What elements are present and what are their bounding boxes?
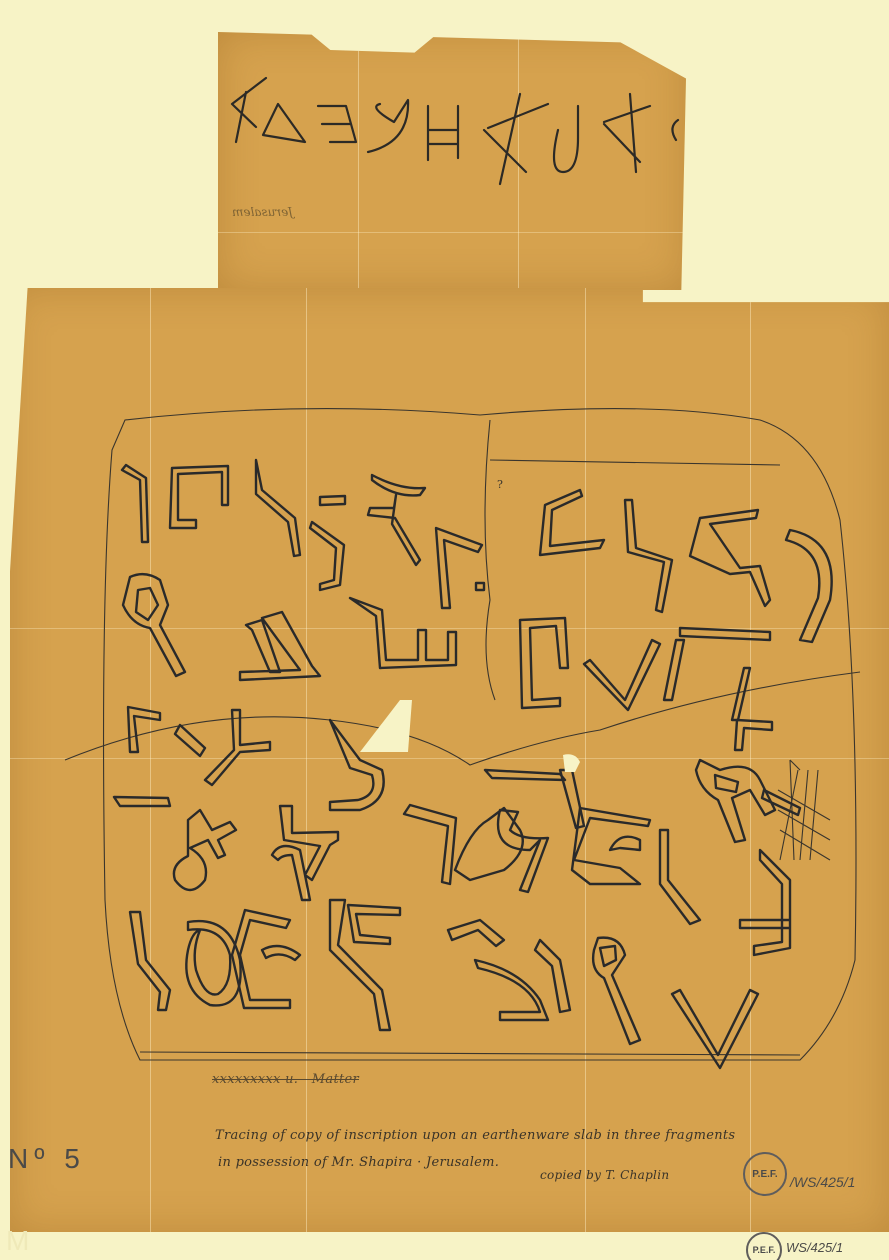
faint-mark: M (6, 1225, 29, 1257)
caption-line-1: Tracing of copy of inscription upon an e… (215, 1128, 735, 1143)
copied-by-signature: copied by T. Chaplin (540, 1168, 669, 1182)
reference-number: WS/425/1 (786, 1240, 843, 1255)
pef-stamp-icon: P.E.F. (743, 1152, 787, 1196)
paper-damage (0, 0, 889, 1260)
reference-number: /WS/425/1 (790, 1174, 855, 1190)
stamp-label: P.E.F. (752, 1169, 777, 1180)
pef-stamp-icon: P.E.F. (746, 1232, 782, 1260)
stamp-label: P.E.F. (753, 1245, 776, 1255)
sheet-number: Nº 5 (8, 1143, 86, 1175)
caption-line-2: in possession of Mr. Shapira · Jerusalem… (218, 1155, 499, 1170)
crossed-out-line: xxxxxxxxx u. - Matter (212, 1072, 359, 1087)
